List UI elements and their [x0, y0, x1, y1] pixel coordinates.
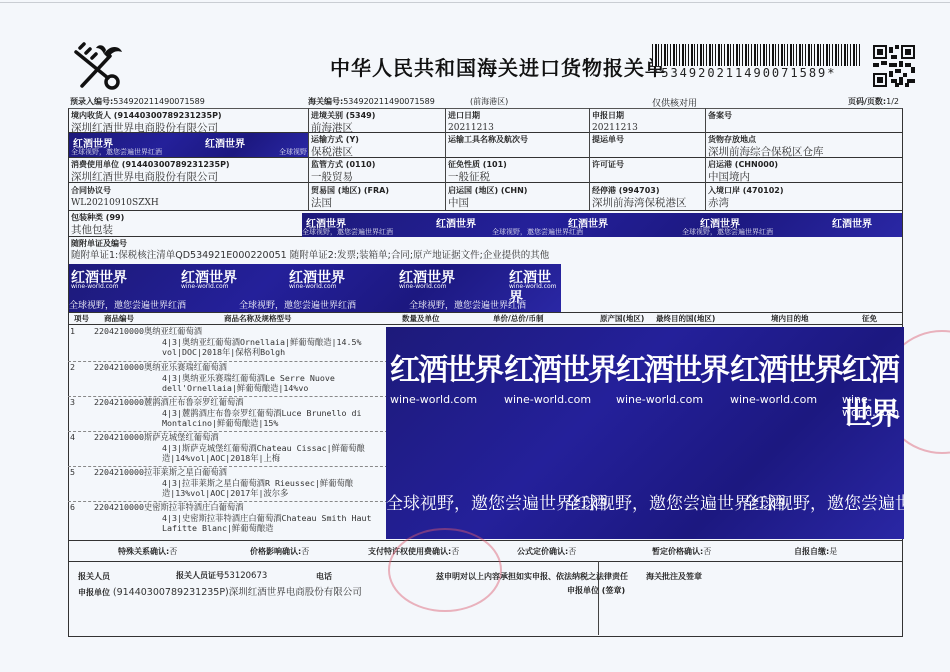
origin-country-field: 启运国 (地区) (CHN) 中国: [448, 185, 527, 209]
license-field: 许可证号: [592, 159, 624, 171]
bill-no-field: 提运单号: [592, 134, 624, 146]
customs-approval-note: 海关批注及签章: [646, 571, 702, 583]
transport-name-field: 运输工具名称及航次号: [448, 134, 528, 146]
col-divider: [445, 108, 446, 210]
contract-field: 合同协议号 WL20210910SZXH: [71, 185, 159, 209]
confirm-price-impact: 价格影响确认:否: [250, 546, 309, 557]
col-divider: [705, 108, 706, 210]
goods-table-header: 项号 商品编号 商品名称及规格型号 数量及单位 单价/总价/币制 原产国(地区)…: [68, 313, 902, 325]
consignee-field: 境内收货人 (91440300789231235P) 深圳红酒世界电商股份有限公…: [71, 110, 222, 134]
transport-mode-field: 运输方式 (Y) 保税港区: [311, 134, 359, 158]
confirm-special-relation: 特殊关系确认:否: [118, 546, 177, 557]
goods-row: 5 2204210000拉菲莱斯之星白葡萄酒 4|3|拉菲莱斯之星白葡萄酒R R…: [68, 467, 388, 501]
entry-port-field: 入境口岸 (470102) 赤湾: [708, 185, 784, 209]
import-date-field: 进口日期 20211213: [448, 110, 494, 134]
col-divider: [589, 108, 590, 210]
package-type-field: 包装种类 (99) 其他包装: [71, 212, 124, 236]
qr-code-icon: [873, 45, 915, 87]
ad-banner-middle: 红酒世界 wine-world.com 红酒世界 wine-world.com …: [69, 264, 561, 312]
confirm-provisional-price: 暂定价格确认:否: [652, 546, 711, 557]
record-no-field: 备案号: [708, 110, 732, 122]
goods-row: 2 2204210000奥纳亚乐赛瑞红葡萄酒 4|3|奥纳亚乐赛瑞红葡萄酒Le …: [68, 362, 388, 396]
storage-place-field: 货物存放地点 深圳前海综合保税区仓库: [708, 134, 824, 158]
page-title: 中华人民共和国海关进口货物报关单: [330, 52, 666, 81]
goods-row: 1 2204210000奥纳亚红葡萄酒 4|3|奥纳亚红葡萄酒Ornellaia…: [68, 326, 388, 360]
barcode-text: *534920211490071589*: [652, 66, 862, 80]
consumer-field: 消费使用单位 (91440300789231235P) 深圳红酒世界电商股份有限…: [71, 159, 230, 183]
goods-row: 4 2204210000斯萨克城堡红葡萄酒 4|3|斯萨克城堡红葡萄酒Chate…: [68, 432, 388, 466]
declaration-statement: 兹申明对以上内容承担如实申报、依法纳税之法律责任: [436, 571, 628, 583]
page-indicator: 页码/页数:1/2: [848, 96, 899, 107]
levy-field: 征免性质 (101) 一般征税: [448, 159, 507, 183]
goods-row: 6 2204210000史密斯拉菲特酒庄白葡萄酒 4|3|史密斯拉菲特酒庄白葡萄…: [68, 502, 388, 536]
declarant-cert: 报关人员证号53120673: [176, 570, 267, 582]
declarant-label: 报关人员: [78, 571, 110, 583]
page-edge: [0, 2, 950, 3]
declarer-unit: 申报单位 (91440300789231235P)深圳红酒世界电商股份有限公司: [78, 587, 362, 599]
customs-number: 海关编号:534920211490071589: [308, 96, 435, 107]
ad-banner-row: 红酒世界 红酒世界 红酒世界 红酒世界 红酒世界 全球视野，邀您尝遍世界红酒 全…: [302, 213, 902, 237]
port-name: (前海港区): [470, 96, 508, 107]
ad-banner-large: 红酒世界 wine-world.com 红酒世界 wine-world.com …: [386, 327, 904, 539]
entry-customs-field: 进境关别 (5349) 前海港区: [311, 110, 375, 134]
departure-port-field: 启运港 (CHN000) 中国境内: [708, 159, 778, 183]
stop-port-field: 经停港 (994703) 深圳前海湾保税港区: [592, 185, 687, 209]
declarer-signature: 申报单位 (签章): [567, 585, 625, 597]
barcode: [652, 44, 860, 66]
ad-banner-small: 红酒世界 红酒世界 全球视野，邀您尝遍世界红酒 全球视野，邀您尝遍世界红酒: [69, 133, 308, 157]
confirm-self-declare: 自报自缴:是: [794, 546, 837, 557]
customs-declaration-stamp: [388, 528, 502, 612]
trade-country-field: 贸易国 (地区) (FRA) 法国: [311, 185, 389, 209]
confirm-formula-pricing: 公式定价确认:否: [517, 546, 576, 557]
col-divider: [308, 108, 309, 210]
attached-docs-field: 随附单证及编号 随附单证1:保税核注清单QD534921E000220051 随…: [71, 238, 891, 262]
supervision-field: 监管方式 (0110) 一般贸易: [311, 159, 375, 183]
phone-label: 电话: [316, 571, 332, 583]
goods-row: 3 2204210000麓鹊酒庄布鲁奈罗红葡萄酒 4|3|麓鹊酒庄布鲁奈罗红葡萄…: [68, 397, 388, 431]
pre-entry-number: 预录入编号:534920211490071589: [70, 96, 205, 107]
declare-date-field: 申报日期 20211213: [592, 110, 638, 134]
row-divider: [68, 210, 902, 211]
customs-emblem-icon: [70, 42, 126, 92]
